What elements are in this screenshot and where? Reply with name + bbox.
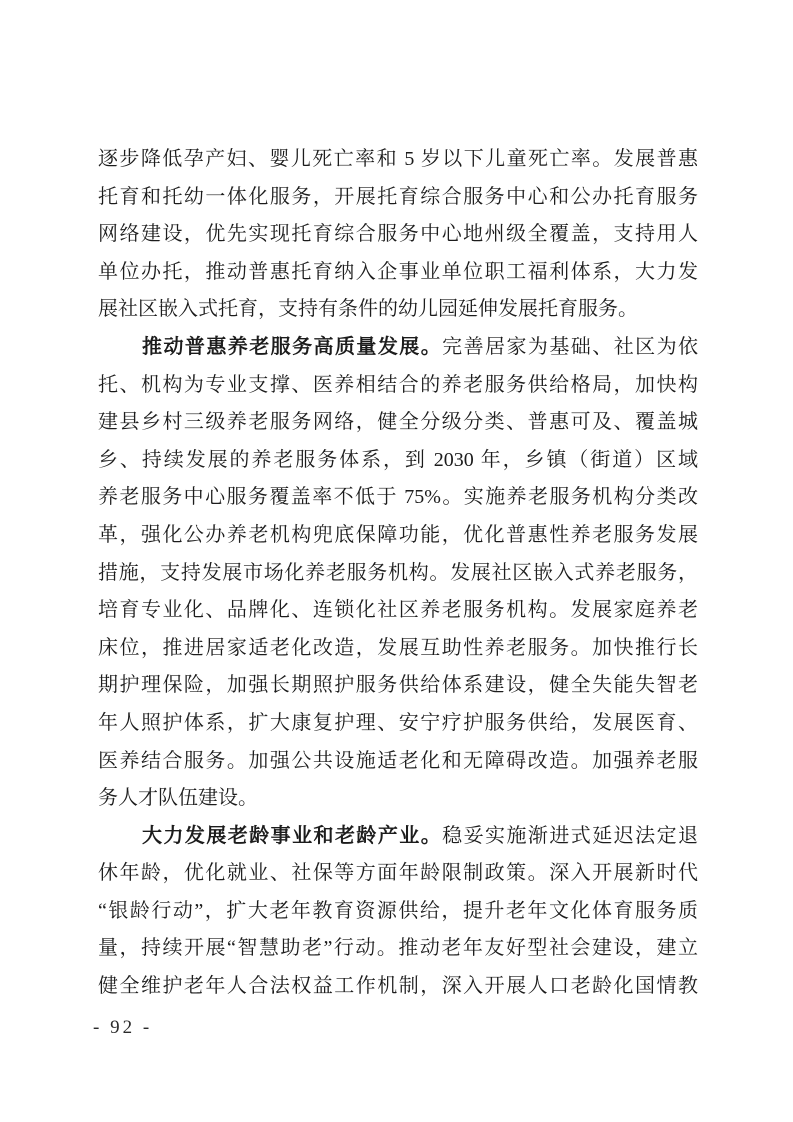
line-text: 托、机构为专业支撑、医养相结合的养老服务供给格局，加快构	[98, 374, 698, 396]
text-line: 单位办托，推动普惠托育纳入企事业单位职工福利体系，大力发	[98, 254, 698, 292]
line-text: 务人才队伍建设。	[98, 787, 258, 809]
text-line: 措施，支持发展市场化养老服务机构。发展社区嵌入式养老服务，	[98, 555, 698, 593]
line-text: 稳妥实施渐进式延迟法定退	[442, 825, 698, 847]
line-text: 乡、持续发展的养老服务体系，到 2030 年，乡镇（街道）区域	[98, 449, 698, 471]
text-line: 乡、持续发展的养老服务体系，到 2030 年，乡镇（街道）区域	[98, 442, 698, 480]
line-text: 托育和托幼一体化服务，开展托育综合服务中心和公办托育服务	[98, 186, 698, 208]
text-block: 逐步降低孕产妇、婴儿死亡率和 5 岁以下儿童死亡率。发展普惠托育和托幼一体化服务…	[98, 141, 698, 1006]
text-line: 大力发展老龄事业和老龄产业。稳妥实施渐进式延迟法定退	[98, 818, 698, 856]
line-text: 措施，支持发展市场化养老服务机构。发展社区嵌入式养老服务，	[98, 562, 698, 584]
line-text: 养老服务中心服务覆盖率不低于 75%。实施养老服务机构分类改	[98, 486, 698, 508]
text-line: 养老服务中心服务覆盖率不低于 75%。实施养老服务机构分类改	[98, 479, 698, 517]
text-line: 健全维护老年人合法权益工作机制，深入开展人口老龄化国情教	[98, 968, 698, 1006]
line-text: 量，持续开展“智慧助老”行动。推动老年友好型社会建设，建立	[98, 937, 698, 959]
line-text: 健全维护老年人合法权益工作机制，深入开展人口老龄化国情教	[98, 975, 698, 997]
text-line: 年人照护体系，扩大康复护理、安宁疗护服务供给，发展医育、	[98, 705, 698, 743]
line-text: 展社区嵌入式托育，支持有条件的幼儿园延伸发展托育服务。	[98, 298, 638, 320]
text-line: 革，强化公办养老机构兜底保障功能，优化普惠性养老服务发展	[98, 517, 698, 555]
line-text: 单位办托，推动普惠托育纳入企事业单位职工福利体系，大力发	[98, 261, 698, 283]
page-number: - 92 -	[93, 1014, 152, 1042]
text-line: “银龄行动”，扩大老年教育资源供给，提升老年文化体育服务质	[98, 893, 698, 931]
paragraph-heading: 大力发展老龄事业和老龄产业。	[142, 825, 442, 847]
line-text: 期护理保险，加强长期照护服务供给体系建设，健全失能失智老	[98, 674, 698, 696]
text-line: 培育专业化、品牌化、连锁化社区养老服务机构。发展家庭养老	[98, 592, 698, 630]
text-line: 推动普惠养老服务高质量发展。完善居家为基础、社区为依	[98, 329, 698, 367]
text-line: 托育和托幼一体化服务，开展托育综合服务中心和公办托育服务	[98, 179, 698, 217]
paragraph-heading: 推动普惠养老服务高质量发展。	[142, 336, 442, 358]
line-text: 医养结合服务。加强公共设施适老化和无障碍改造。加强养老服	[98, 750, 698, 772]
text-line: 期护理保险，加强长期照护服务供给体系建设，健全失能失智老	[98, 667, 698, 705]
text-line: 量，持续开展“智慧助老”行动。推动老年友好型社会建设，建立	[98, 930, 698, 968]
line-text: “银龄行动”，扩大老年教育资源供给，提升老年文化体育服务质	[98, 900, 698, 922]
line-text: 床位，推进居家适老化改造，发展互助性养老服务。加快推行长	[98, 637, 698, 659]
line-text: 培育专业化、品牌化、连锁化社区养老服务机构。发展家庭养老	[98, 599, 698, 621]
text-line: 展社区嵌入式托育，支持有条件的幼儿园延伸发展托育服务。	[98, 291, 698, 329]
document-page: 逐步降低孕产妇、婴儿死亡率和 5 岁以下儿童死亡率。发展普惠托育和托幼一体化服务…	[0, 0, 793, 1122]
text-line: 床位，推进居家适老化改造，发展互助性养老服务。加快推行长	[98, 630, 698, 668]
line-text: 革，强化公办养老机构兜底保障功能，优化普惠性养老服务发展	[98, 524, 698, 546]
text-line: 医养结合服务。加强公共设施适老化和无障碍改造。加强养老服	[98, 743, 698, 781]
line-text: 建县乡村三级养老服务网络，健全分级分类、普惠可及、覆盖城	[98, 411, 698, 433]
line-text: 网络建设，优先实现托育综合服务中心地州级全覆盖，支持用人	[98, 223, 698, 245]
text-line: 网络建设，优先实现托育综合服务中心地州级全覆盖，支持用人	[98, 216, 698, 254]
text-line: 建县乡村三级养老服务网络，健全分级分类、普惠可及、覆盖城	[98, 404, 698, 442]
line-text: 休年龄，优化就业、社保等方面年龄限制政策。深入开展新时代	[98, 862, 698, 884]
text-line: 托、机构为专业支撑、医养相结合的养老服务供给格局，加快构	[98, 367, 698, 405]
line-text: 完善居家为基础、社区为依	[442, 336, 698, 358]
line-text: 逐步降低孕产妇、婴儿死亡率和 5 岁以下儿童死亡率。发展普惠	[98, 148, 698, 170]
text-line: 休年龄，优化就业、社保等方面年龄限制政策。深入开展新时代	[98, 855, 698, 893]
text-line: 务人才队伍建设。	[98, 780, 698, 818]
text-line: 逐步降低孕产妇、婴儿死亡率和 5 岁以下儿童死亡率。发展普惠	[98, 141, 698, 179]
line-text: 年人照护体系，扩大康复护理、安宁疗护服务供给，发展医育、	[98, 712, 698, 734]
